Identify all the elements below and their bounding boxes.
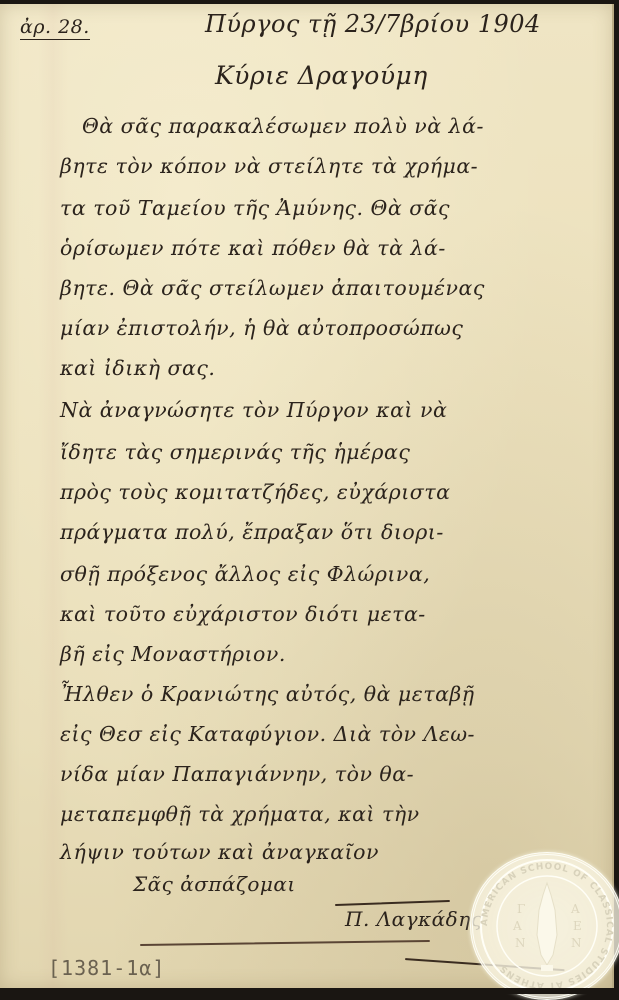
svg-text:Ε: Ε: [573, 919, 582, 933]
svg-text:Α: Α: [512, 919, 522, 933]
body-line-13: καὶ τοῦτο εὐχάριστον διότι μετα-: [60, 602, 426, 626]
body-line-15: Ἦλθεν ὁ Κρανιώτης αὐτός, θὰ μεταβῇ: [60, 682, 475, 706]
svg-text:Ν: Ν: [515, 936, 526, 950]
archive-seal-stamp: AMERICAN SCHOOL OF CLASSICAL STUDIES AT …: [470, 852, 619, 994]
body-line-2: βητε τὸν κόπον νὰ στείλητε τὰ χρήμα-: [60, 154, 478, 178]
body-line-10: πρὸς τοὺς κομιτατζήδες, εὐχάριστα: [60, 480, 450, 504]
body-line-6: μίαν ἐπιστολήν, ἡ θὰ αὐτοπροσώπως: [60, 316, 463, 340]
svg-text:Ν: Ν: [571, 936, 582, 950]
body-line-1: Θὰ σᾶς παρακαλέσωμεν πολὺ νὰ λά-: [82, 114, 484, 138]
letter-page: ἀρ. 28. Πύργος τῇ 23/7βρίου 1904 Κύριε Δ…: [0, 4, 614, 988]
reference-number: ἀρ. 28.: [20, 16, 90, 40]
body-line-18: μεταπεμφθῇ τὰ χρήματα, καὶ τὴν: [60, 802, 420, 826]
body-line-16: εἰς Θεσ εἰς Καταφύγιον. Διὰ τὸν Λεω-: [60, 722, 475, 746]
body-line-5: βητε. Θὰ σᾶς στείλωμεν ἀπαιτουμένας: [60, 276, 485, 300]
salutation: Κύριε Δραγούμη: [215, 61, 428, 90]
body-line-19: λήψιν τούτων καὶ ἀναγκαῖον: [60, 840, 379, 864]
body-line-17: νίδα μίαν Παπαγιάννην, τὸν θα-: [60, 762, 414, 786]
body-line-9: ἴδητε τὰς σημερινάς τῆς ἡμέρας: [60, 440, 410, 464]
archive-number: [1381-1α]: [48, 956, 165, 980]
body-line-8: Νὰ ἀναγνώσητε τὸν Πύργον καὶ νὰ: [60, 398, 447, 422]
body-line-3: τα τοῦ Ταμείου τῆς Ἀμύνης. Θὰ σᾶς: [60, 196, 450, 220]
body-line-14: βῆ εἰς Μοναστήριον.: [60, 642, 286, 666]
scan-edge: [0, 988, 619, 994]
svg-text:Α: Α: [570, 902, 580, 916]
body-line-7: καὶ ἰδικὴ σας.: [60, 356, 215, 380]
seal-emblem-icon: AMERICAN SCHOOL OF CLASSICAL STUDIES AT …: [473, 855, 619, 994]
closing-underline: [335, 900, 450, 906]
svg-text:Γ: Γ: [517, 902, 525, 916]
body-line-12: σθῇ πρόξενος ἄλλος εἰς Φλώρινα,: [60, 562, 430, 586]
body-line-11: πράγματα πολύ, ἔπραξαν ὅτι διορι-: [60, 520, 444, 544]
flourish-line-1: [140, 940, 430, 946]
body-line-4: ὁρίσωμεν πότε καὶ πόθεν θὰ τὰ λά-: [60, 236, 446, 260]
closing-phrase: Σᾶς ἀσπάζομαι: [133, 872, 296, 896]
dateline: Πύργος τῇ 23/7βρίου 1904: [205, 10, 541, 38]
signature: Π. Λαγκάδης: [345, 907, 482, 931]
